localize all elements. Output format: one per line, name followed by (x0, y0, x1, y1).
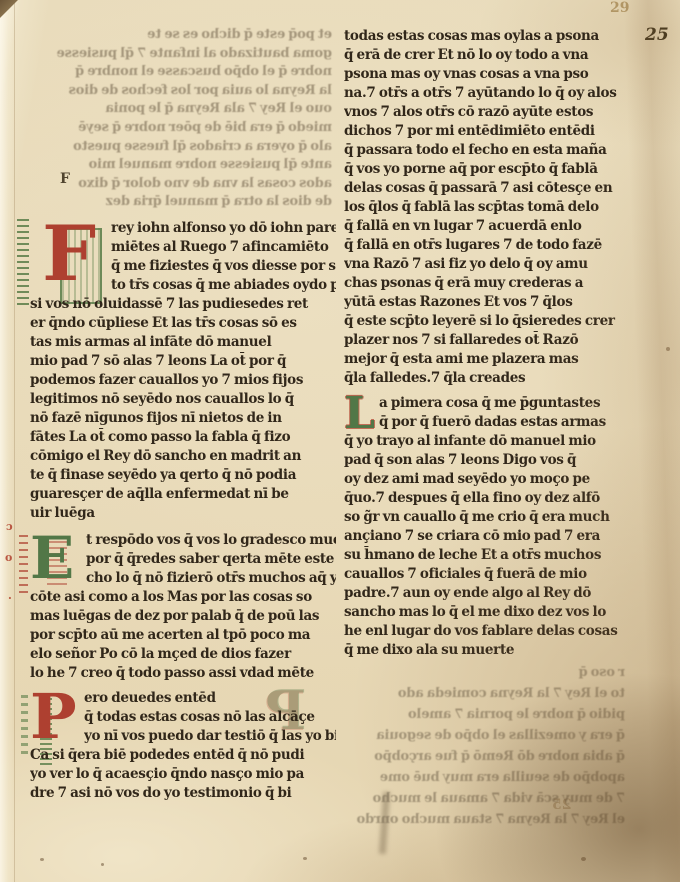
text-line: q̄ fallā en vn lugar 7 acuerdā enlo (344, 217, 659, 236)
text-line: por scp̄to aū me acerten al tpō poco ma (30, 626, 336, 645)
text-line: q̄ este scp̄to leyerē si lo q̄sieredes c… (344, 312, 659, 331)
text-line: alo q̄ oyera a criados q̄l fuesse puesto (32, 138, 332, 157)
paragraph-lines: todas estas cosas mas oylas a psonaq̄ er… (344, 27, 659, 388)
text-line: uir luēga (30, 504, 336, 523)
text-line: podemos fazer cauallos yo 7 mios fijos (30, 371, 336, 390)
text-line: delas cosas q̄ passarā 7 asi cōtesçe en (344, 179, 659, 198)
text-line: ante q̄l pusiesse nobre manuel mio (32, 156, 332, 175)
text-line: ero deuedes entēd (84, 689, 336, 708)
text-line: guaresçer de aq̄lla enfermedat nī be (30, 485, 336, 504)
paragraph: E t respōdo vos q̄ vos lo gradesco muchp… (30, 531, 336, 683)
text-line: padre.7 aun oy ende algo al Rey dō (344, 584, 659, 603)
text-line: to tr̄s cosas q̄ me abiades oydo por tal… (111, 276, 336, 295)
speck (581, 857, 586, 861)
manuscript-page: et poq̄ este q̄ dicho es se tegoma bauti… (0, 0, 680, 882)
text-line: q̄ fallā en otr̄s lugares 7 de todo fazē (344, 236, 659, 255)
text-line: todas estas cosas mas oylas a psona (344, 27, 659, 46)
text-line: cho lo q̄ nō fizierō otr̄s muchos aq̄ yo… (86, 569, 336, 588)
text-line: apobp̄o de seuilla era muy buē ome (340, 767, 625, 788)
paragraph: todas estas cosas mas oylas a psonaq̄ er… (344, 27, 659, 388)
folio-number: 25 (645, 25, 669, 45)
text-line: por q̄ q̄redes saber qerta mēte este fe (86, 550, 336, 569)
text-line: dichos 7 por mi entēdimiēto entēdi (344, 122, 659, 141)
text-line: q̄ passara todo el fecho en esta maña (344, 141, 659, 160)
text-line: a pimera cosa q̄ me p̄guntastes (379, 394, 659, 413)
text-line: mas luēgas de dez por palab q̄ de poū la… (30, 607, 336, 626)
text-line: oy dez ami mad seyēdo yo moço pe (344, 470, 659, 489)
text-line: fātes La ot̄ como passo la fabla q̄ fizo (30, 428, 336, 447)
text-column-left: F rey iohn alfonso yo dō iohn paremiētes… (30, 219, 336, 803)
text-line: q̄ era y omezillas el obp̄o de segouia (340, 725, 625, 746)
speck (666, 347, 670, 351)
text-line: vna Razō 7 asi fiz yo delo q̄ oy amu (344, 255, 659, 274)
illuminated-initial-f: F (32, 221, 106, 278)
margin-mark: ɔ (6, 520, 13, 533)
folio-number-old: 29 (610, 0, 629, 16)
paragraph: L a pimera cosa q̄ me p̄guntastesq̄ por … (344, 394, 659, 660)
text-line: q̄ todas estas cosas nō las alcāçe (84, 708, 336, 727)
text-line: psona mas oy vnas cosas a vna pso (344, 65, 659, 84)
page-left-edge (0, 0, 15, 882)
text-line: q̄ yo trayo al infante dō manuel mio (344, 432, 659, 451)
text-line: to el Rey 7 la Reyna comieda ado (340, 683, 625, 704)
text-line: nō fazē nīgunos fijos nī nietos de in (30, 409, 336, 428)
text-line: er q̄ndo cūpliese Et las tr̄s cosas sō e… (30, 314, 336, 333)
speck (101, 863, 104, 866)
text-line: cōmigo el Rey dō sancho en madrit an (30, 447, 336, 466)
text-line: na.7 otr̄s a otr̄s 7 ayūtando lo q̄ oy a… (344, 84, 659, 103)
text-line: yūtā estas Razones Et vos 7 q̄los (344, 293, 659, 312)
text-line: rey iohn alfonso yo dō iohn pare (111, 219, 336, 238)
text-line: chas psonas q̄ erā muy crederas a (344, 274, 659, 293)
text-line: goma bautizado al infante 7 q̄l pusiesse (32, 45, 332, 64)
text-line: ados cosas la vna de vno dolor q̄ dixo (32, 175, 332, 194)
paragraph-lines: a pimera cosa q̄ me p̄guntastesq̄ por q̄… (344, 394, 659, 660)
text-column-right: todas estas cosas mas oylas a psonaq̄ er… (344, 27, 659, 660)
speck (303, 857, 307, 860)
text-line: dre 7 asi nō vos do yo testimonio q̄ bi (30, 784, 336, 803)
text-line: miedo q̄ era biē de pōer nobre q̄ seyē (32, 119, 332, 138)
text-line: 7 de muy scā vida 7 amaua le mucho (340, 788, 625, 809)
bleedthrough-text-bottom-right: r oso q̄to el Rey 7 la Reyna comieda ado… (340, 662, 625, 830)
text-line: q̄ vos yo porne aq̄ por escp̄to q̄ fablā (344, 160, 659, 179)
text-line: cōte asi como a los Mas por las cosas so (30, 588, 336, 607)
paragraph: F rey iohn alfonso yo dō iohn paremiētes… (30, 219, 336, 523)
text-line: legitimos nō seyēdo nos cauallos lo q̄ (30, 390, 336, 409)
text-line: plazer nos 7 si fallaredes ot̄ Razō (344, 331, 659, 350)
text-line: vnos 7 alos otr̄s cō razō ayūte estos (344, 103, 659, 122)
illuminated-initial-e: E (30, 533, 82, 571)
paragraph: P ero deuedes entēdq̄ todas estas cosas … (30, 689, 336, 803)
text-line: los q̄los q̄ fablā las scp̄tas tomā delo (344, 198, 659, 217)
illuminated-initial-l: L (344, 394, 374, 432)
text-line: cauallos 7 oficiales q̄ fuerā de mio (344, 565, 659, 584)
text-line: ouo el Rey 7 ala Reyna q̄ le ponia (32, 100, 332, 119)
text-line: nobre q̄ el obp̄o buscasse el nonbre q̄ (32, 63, 332, 82)
speck (40, 858, 44, 861)
text-line: la Reyna lo auia por los fechos de dios (32, 82, 332, 101)
bleedthrough-text-top-left: et poq̄ este q̄ dicho es se tegoma bauti… (32, 26, 332, 212)
text-line: tas mis armas al infāte dō manuel (30, 333, 336, 352)
text-line: q̄ me dixo ala su muerte (344, 641, 659, 660)
text-line: sancho mas lo q̄ el me dixo dez vos lo (344, 603, 659, 622)
text-line: yo nī vos puedo dar testiō q̄ las yo bir (84, 727, 336, 746)
illuminated-initial-p: P (30, 691, 80, 729)
text-line: yo ver lo q̄ acaesçio q̄ndo nasço mio pa (30, 765, 336, 784)
text-line: t respōdo vos q̄ vos lo gradesco much (86, 531, 336, 550)
text-line: he enl lugar do vos fablare delas cosas (344, 622, 659, 641)
margin-mark: · (8, 592, 12, 605)
text-line: q̄uo.7 despues q̄ ella fino oy dez alfō (344, 489, 659, 508)
text-line: su h̄mano de leche Et a otr̄s muchos (344, 546, 659, 565)
text-line: elo señor Po cō la mçed de dios fazer (30, 645, 336, 664)
text-line: pidio q̄ nobre le pornia 7 amelo (340, 704, 625, 725)
text-line: so g̃r vn cauallo q̄ me crio q̄ era much (344, 508, 659, 527)
text-line: q̄ erā de crer Et nō lo oy todo a vna (344, 46, 659, 65)
text-line: pad q̄ son alas 7 leons Digo vos q̄ (344, 451, 659, 470)
text-line: q̄ me fiziestes q̄ vos diesse por scp̄ (111, 257, 336, 276)
text-line: el Rey 7 la Reyna 7 staua mucho onrdo (340, 809, 625, 830)
text-line: q̄ abia nobre dō Remō q̄ fue arçobp̄o (340, 746, 625, 767)
text-line: et poq̄ este q̄ dicho es se te (32, 26, 332, 45)
guide-letter: F (60, 171, 70, 187)
text-line: miētes al Ruego 7 afincamiēto (111, 238, 336, 257)
text-line: r oso q̄ (340, 662, 625, 683)
margin-mark: o (5, 551, 12, 564)
text-line: mio pad 7 sō alas 7 leons La ot̄ por q̄ (30, 352, 336, 371)
text-line: q̄ por q̄ fuerō dadas estas armas (379, 413, 659, 432)
text-line: q̄la falledes.7 q̄la creades (344, 369, 659, 388)
text-line: ançiano 7 se criara cō mio pad 7 era (344, 527, 659, 546)
text-line: mejor q̄ esta ami me plazera mas (344, 350, 659, 369)
page-corner-dark (0, 0, 18, 28)
text-line: te q̄ finase seyēdo ya qerto q̄ nō podia (30, 466, 336, 485)
